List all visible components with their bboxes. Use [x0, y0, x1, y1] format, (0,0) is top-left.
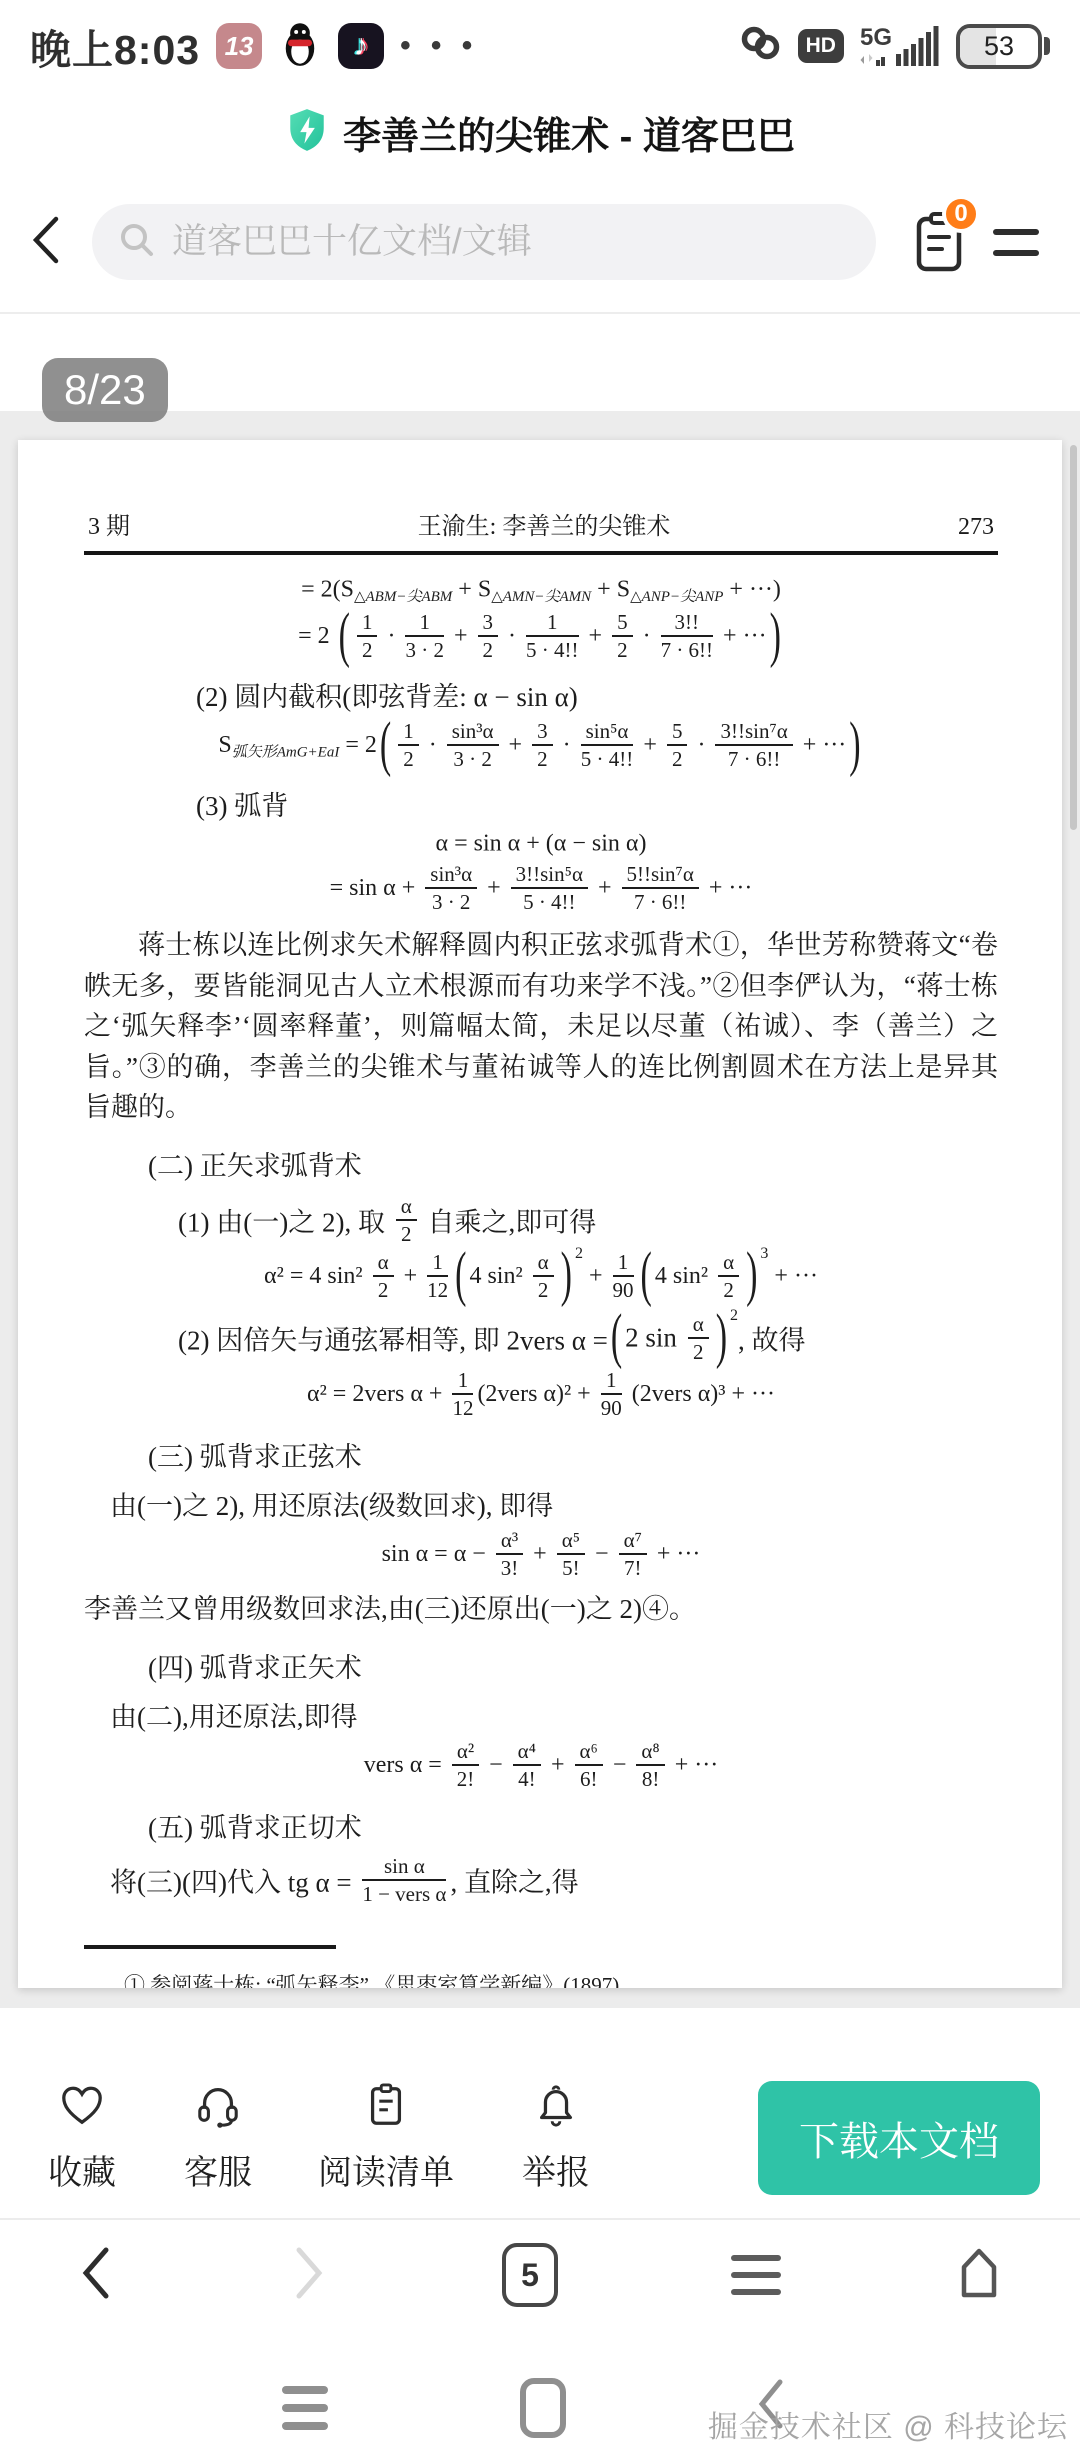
browser-nav-bar: 5: [0, 2232, 1080, 2318]
doc-block-sub: 将(三)(四)代入 tg α = sin α1 − vers α, 直除之,得: [110, 1855, 998, 1905]
headset-icon: [194, 2082, 242, 2133]
document-page[interactable]: 3 期 王渝生: 李善兰的尖锥术 273 = 2(S△ABM−尖ABM + S△…: [18, 440, 1062, 1988]
reading-list-button[interactable]: 0: [902, 211, 976, 273]
search-icon: [118, 221, 156, 264]
browser-forward-icon[interactable]: [289, 2245, 329, 2306]
doc-block-eq: sin α = α − α³3! + α⁵5! − α⁷7! + ···: [84, 1529, 998, 1579]
battery-icon: 53: [956, 24, 1050, 69]
doc-block-eq: α² = 2vers α + 112(2vers α)² + 190 (2ver…: [84, 1369, 998, 1419]
doc-block-eq: = 2(S△ABM−尖ABM + S△AMN−尖AMN + S△ANP−尖ANP…: [84, 575, 998, 605]
doc-block-eq: S弧矢形AmG+EaI = 2(12 · sin³α3 · 2 + 32 · s…: [84, 720, 998, 770]
search-header: 0: [0, 172, 1080, 314]
doc-block-section: (四) 弧背求正矢术: [148, 1646, 998, 1685]
doc-block-item: (2) 圆内截积(即弦背差: α − sin α): [196, 675, 998, 714]
search-input[interactable]: [172, 222, 850, 262]
journal-issue: 3 期: [88, 506, 130, 541]
report-label: 举报: [522, 2145, 590, 2194]
favorite-label: 收藏: [48, 2145, 116, 2194]
doc-block-footrule: [84, 1945, 336, 1949]
doc-block-section: (三) 弧背求正弦术: [148, 1435, 998, 1474]
doc-block-eq: vers α = α²2! − α⁴4! + α⁶6! − α⁸8! + ···: [84, 1740, 998, 1790]
doc-block-section: (五) 弧背求正切术: [148, 1806, 998, 1845]
watermark-text: 掘金技术社区 @ 科技论坛: [708, 2402, 1068, 2446]
app-title-bar: 李善兰的尖锥术 - 道客巴巴: [0, 92, 1080, 172]
more-notifications-icon: • • •: [400, 29, 478, 63]
doc-block-item: (3) 弧背: [196, 784, 998, 823]
report-button[interactable]: 举报: [486, 2082, 626, 2194]
reading-list-badge: 0: [942, 195, 980, 233]
doc-block-para: 蒋士栋以连比例求矢术解释圆内积正弦求弧背术①，华世芳称赞蒋文“卷帙无多，要皆能洞…: [84, 925, 998, 1128]
bell-icon: [532, 2082, 580, 2133]
signal-5g-icon: 5G: [860, 26, 940, 66]
action-bar: 收藏 客服 阅读清单 举报 下载本文档: [0, 2058, 1080, 2218]
doc-block-eq: = 2 (12 · 13 · 2 + 32 · 15 · 4!! + 52 · …: [84, 611, 998, 661]
doc-block-fn: ① 参阅蒋士栋: “弧矢释李”,《思枣室算学新编》(1897)。: [124, 1969, 998, 1988]
page-indicator-badge: 8/23: [42, 358, 168, 422]
status-time: 晚上8:03: [30, 17, 200, 76]
reading-list-label: 阅读清单: [318, 2145, 454, 2194]
page-title: 李善兰的尖锥术 - 道客巴巴: [343, 105, 795, 160]
header-rule: [84, 551, 998, 555]
reading-list-action-button[interactable]: 阅读清单: [286, 2082, 486, 2194]
hd-icon: HD: [798, 29, 844, 63]
doc-block-sub: 由(一)之 2), 用还原法(级数回求), 即得: [110, 1484, 998, 1523]
doc-block-sub: 由(二),用还原法,即得: [110, 1695, 998, 1734]
search-input-pill[interactable]: [92, 204, 876, 280]
menu-icon[interactable]: [976, 229, 1056, 256]
doc-block-eq: = sin α + sin³α3 · 2 + 3!!sin⁵α5 · 4!! +…: [84, 863, 998, 913]
system-menu-icon[interactable]: [282, 2386, 328, 2430]
heart-icon: [58, 2082, 106, 2133]
status-bar: 晚上8:03 13 ♪ • • • HD 5G 53: [0, 0, 1080, 92]
doc-header: 3 期 王渝生: 李善兰的尖锥术 273: [84, 506, 998, 541]
shield-check-icon: [285, 107, 329, 158]
doc-block-eq: α² = 4 sin² α2 + 112(4 sin² α2)2 + 190(4…: [84, 1251, 998, 1301]
running-title: 王渝生: 李善兰的尖锥术: [418, 506, 671, 541]
doc-block-para2: 李善兰又曾用级数回求法,由(三)还原出(一)之 2)④。: [84, 1589, 998, 1630]
customer-service-label: 客服: [184, 2145, 252, 2194]
customer-service-button[interactable]: 客服: [150, 2082, 286, 2194]
doc-block-num: (1) 由(一)之 2), 取 α2 自乘之,即可得: [178, 1195, 998, 1245]
back-icon[interactable]: [24, 213, 70, 272]
reading-list-icon: [362, 2082, 410, 2133]
browser-menu-icon[interactable]: [731, 2255, 781, 2295]
home-icon[interactable]: [954, 2245, 1004, 2306]
doc-block-eq: α = sin α + (α − sin α): [84, 829, 998, 857]
doc-block-section: (二) 正矢求弧背术: [148, 1144, 998, 1183]
scrollbar[interactable]: [1070, 445, 1077, 830]
douyin-icon: ♪: [338, 23, 384, 69]
linked-rings-icon: [740, 25, 782, 68]
document-viewer: 3 期 王渝生: 李善兰的尖锥术 273 = 2(S△ABM−尖ABM + S△…: [0, 411, 1080, 2008]
divider: [0, 2218, 1080, 2220]
doc-content: 3 期 王渝生: 李善兰的尖锥术 273 = 2(S△ABM−尖ABM + S△…: [18, 440, 1062, 1988]
doc-block-num: (2) 因倍矢与通弦幂相等, 即 2vers α =(2 sin α2)2, 故…: [178, 1313, 998, 1363]
favorite-button[interactable]: 收藏: [14, 2082, 150, 2194]
download-document-button[interactable]: 下载本文档: [758, 2081, 1040, 2195]
system-recents-icon[interactable]: [520, 2378, 566, 2438]
app-badge-13-icon: 13: [216, 23, 262, 69]
qq-penguin-icon: [278, 21, 322, 72]
doc-page-number: 273: [958, 514, 994, 541]
tab-count-button[interactable]: 5: [502, 2243, 558, 2307]
system-nav-bar: 掘金技术社区 @ 科技论坛: [0, 2368, 1080, 2460]
browser-back-icon[interactable]: [76, 2245, 116, 2306]
